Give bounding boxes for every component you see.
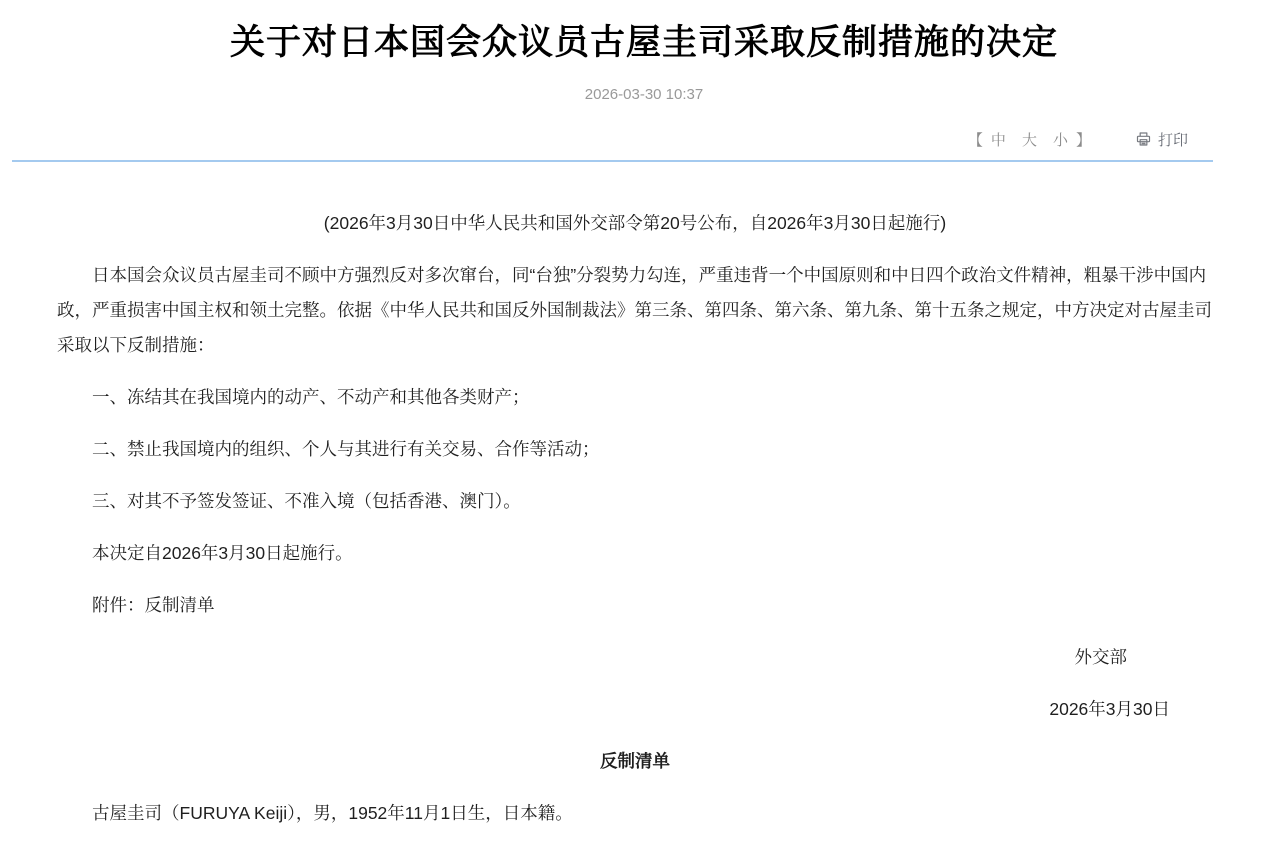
- effective-date-line: 本决定自2026年3月30日起施行。: [57, 536, 1213, 571]
- print-button-label: 打印: [1158, 129, 1188, 150]
- bracket-right: 】: [1076, 129, 1091, 150]
- signature-issuer: 外交部: [57, 640, 1127, 675]
- page-title: 关于对日本国会众议员古屋圭司采取反制措施的决定: [0, 22, 1288, 64]
- bracket-left: 【: [968, 129, 983, 150]
- measure-item-1: 一、冻结其在我国境内的动产、不动产和其他各类财产；: [57, 380, 1213, 415]
- article-body: (2026年3月30日中华人民共和国外交部令第20号公布，自2026年3月30日…: [0, 162, 1288, 831]
- decree-line: (2026年3月30日中华人民共和国外交部令第20号公布，自2026年3月30日…: [57, 206, 1213, 241]
- printer-icon: [1135, 131, 1158, 147]
- main-paragraph: 日本国会众议员古屋圭司不顾中方强烈反对多次窜台，同“台独”分裂势力勾连，严重违背…: [57, 258, 1213, 363]
- measure-item-3: 三、对其不予签发签证、不准入境（包括香港、澳门）。: [57, 484, 1213, 519]
- print-button[interactable]: 打印: [1135, 129, 1188, 150]
- publish-datetime: 2026-03-30 10:37: [0, 86, 1288, 103]
- annex-entry: 古屋圭司（FURUYA Keiji），男，1952年11月1日生，日本籍。: [57, 796, 1213, 831]
- signature-date: 2026年3月30日: [57, 692, 1170, 727]
- font-size-small-button[interactable]: 小: [1053, 129, 1068, 150]
- document-header: 关于对日本国会众议员古屋圭司采取反制措施的决定 2026-03-30 10:37…: [0, 0, 1288, 162]
- signature-block: 外交部 2026年3月30日: [57, 640, 1213, 727]
- annex-title: 反制清单: [57, 744, 1213, 779]
- font-size-control: 【 中 大 小 】: [968, 129, 1091, 150]
- attachment-line: 附件：反制清单: [57, 588, 1213, 623]
- measure-item-2: 二、禁止我国境内的组织、个人与其进行有关交易、合作等活动；: [57, 432, 1213, 467]
- font-size-large-button[interactable]: 大: [1022, 129, 1037, 150]
- font-size-medium-button[interactable]: 中: [991, 129, 1006, 150]
- article-toolbar: 【 中 大 小 】 打印: [0, 129, 1288, 149]
